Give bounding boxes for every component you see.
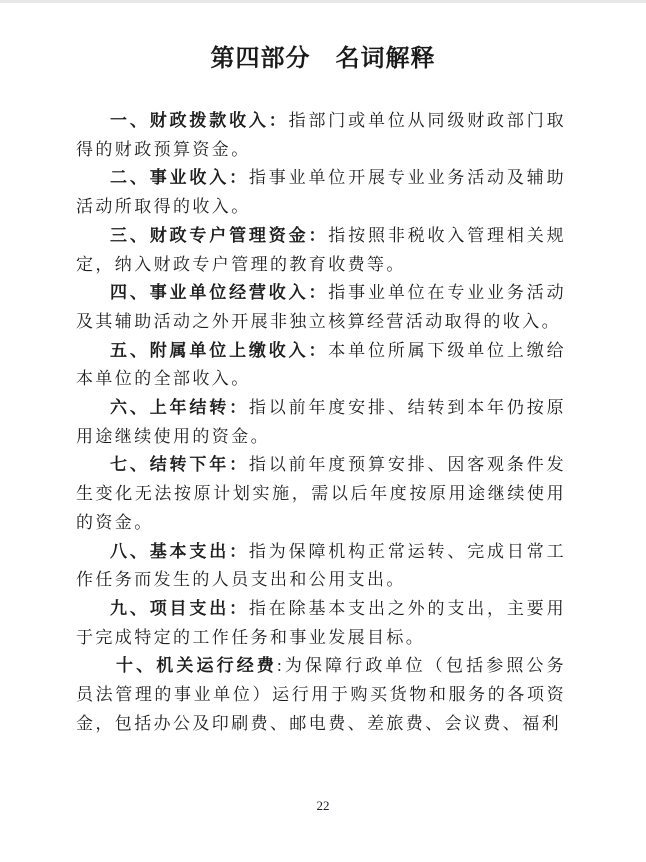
document-page: 第四部分 名词解释 一、财政拨款收入：指部门或单位从同级财政部门取得的财政预算资… [0, 0, 646, 862]
page-top-edge [0, 0, 646, 3]
page-title: 第四部分 名词解释 [0, 0, 646, 73]
glossary-item: 六、上年结转：指以前年度安排、结转到本年仍按原用途继续使用的资金。 [76, 394, 566, 451]
glossary-term: 十、机关运行经费 [116, 656, 277, 675]
glossary-item: 七、结转下年：指以前年度预算安排、因客观条件发生变化无法按原计划实施，需以后年度… [76, 451, 566, 537]
glossary-item: 四、事业单位经营收入：指事业单位在专业业务活动及其辅助活动之外开展非独立核算经营… [76, 279, 566, 336]
glossary-item: 十、机关运行经费:为保障行政单位（包括参照公务员法管理的事业单位）运行用于购买货… [76, 652, 566, 738]
glossary-term: 五、附属单位上缴收入： [110, 341, 328, 360]
glossary-item: 九、项目支出：指在除基本支出之外的支出，主要用于完成特定的工作任务和事业发展目标… [76, 595, 566, 652]
glossary-item: 五、附属单位上缴收入：本单位所属下级单位上缴给本单位的全部收入。 [76, 337, 566, 394]
glossary-item: 三、财政专户管理资金：指按照非税收入管理相关规定，纳入财政专户管理的教育收费等。 [76, 222, 566, 279]
glossary-item: 二、事业收入：指事业单位开展专业业务活动及辅助活动所取得的收入。 [76, 164, 566, 221]
glossary-term: 七、结转下年： [110, 455, 249, 474]
glossary-term: 二、事业收入： [110, 168, 249, 187]
glossary-content: 一、财政拨款收入：指部门或单位从同级财政部门取得的财政预算资金。 二、事业收入：… [76, 107, 566, 738]
glossary-term: 八、基本支出： [110, 542, 249, 561]
glossary-term: 九、项目支出： [110, 599, 249, 618]
glossary-item: 八、基本支出：指为保障机构正常运转、完成日常工作任务而发生的人员支出和公用支出。 [76, 538, 566, 595]
glossary-term: 一、财政拨款收入： [110, 111, 289, 130]
glossary-term: 四、事业单位经营收入： [110, 283, 328, 302]
glossary-term: 六、上年结转： [110, 398, 249, 417]
glossary-item: 一、财政拨款收入：指部门或单位从同级财政部门取得的财政预算资金。 [76, 107, 566, 164]
page-number: 22 [0, 798, 646, 814]
glossary-term: 三、财政专户管理资金： [110, 226, 328, 245]
